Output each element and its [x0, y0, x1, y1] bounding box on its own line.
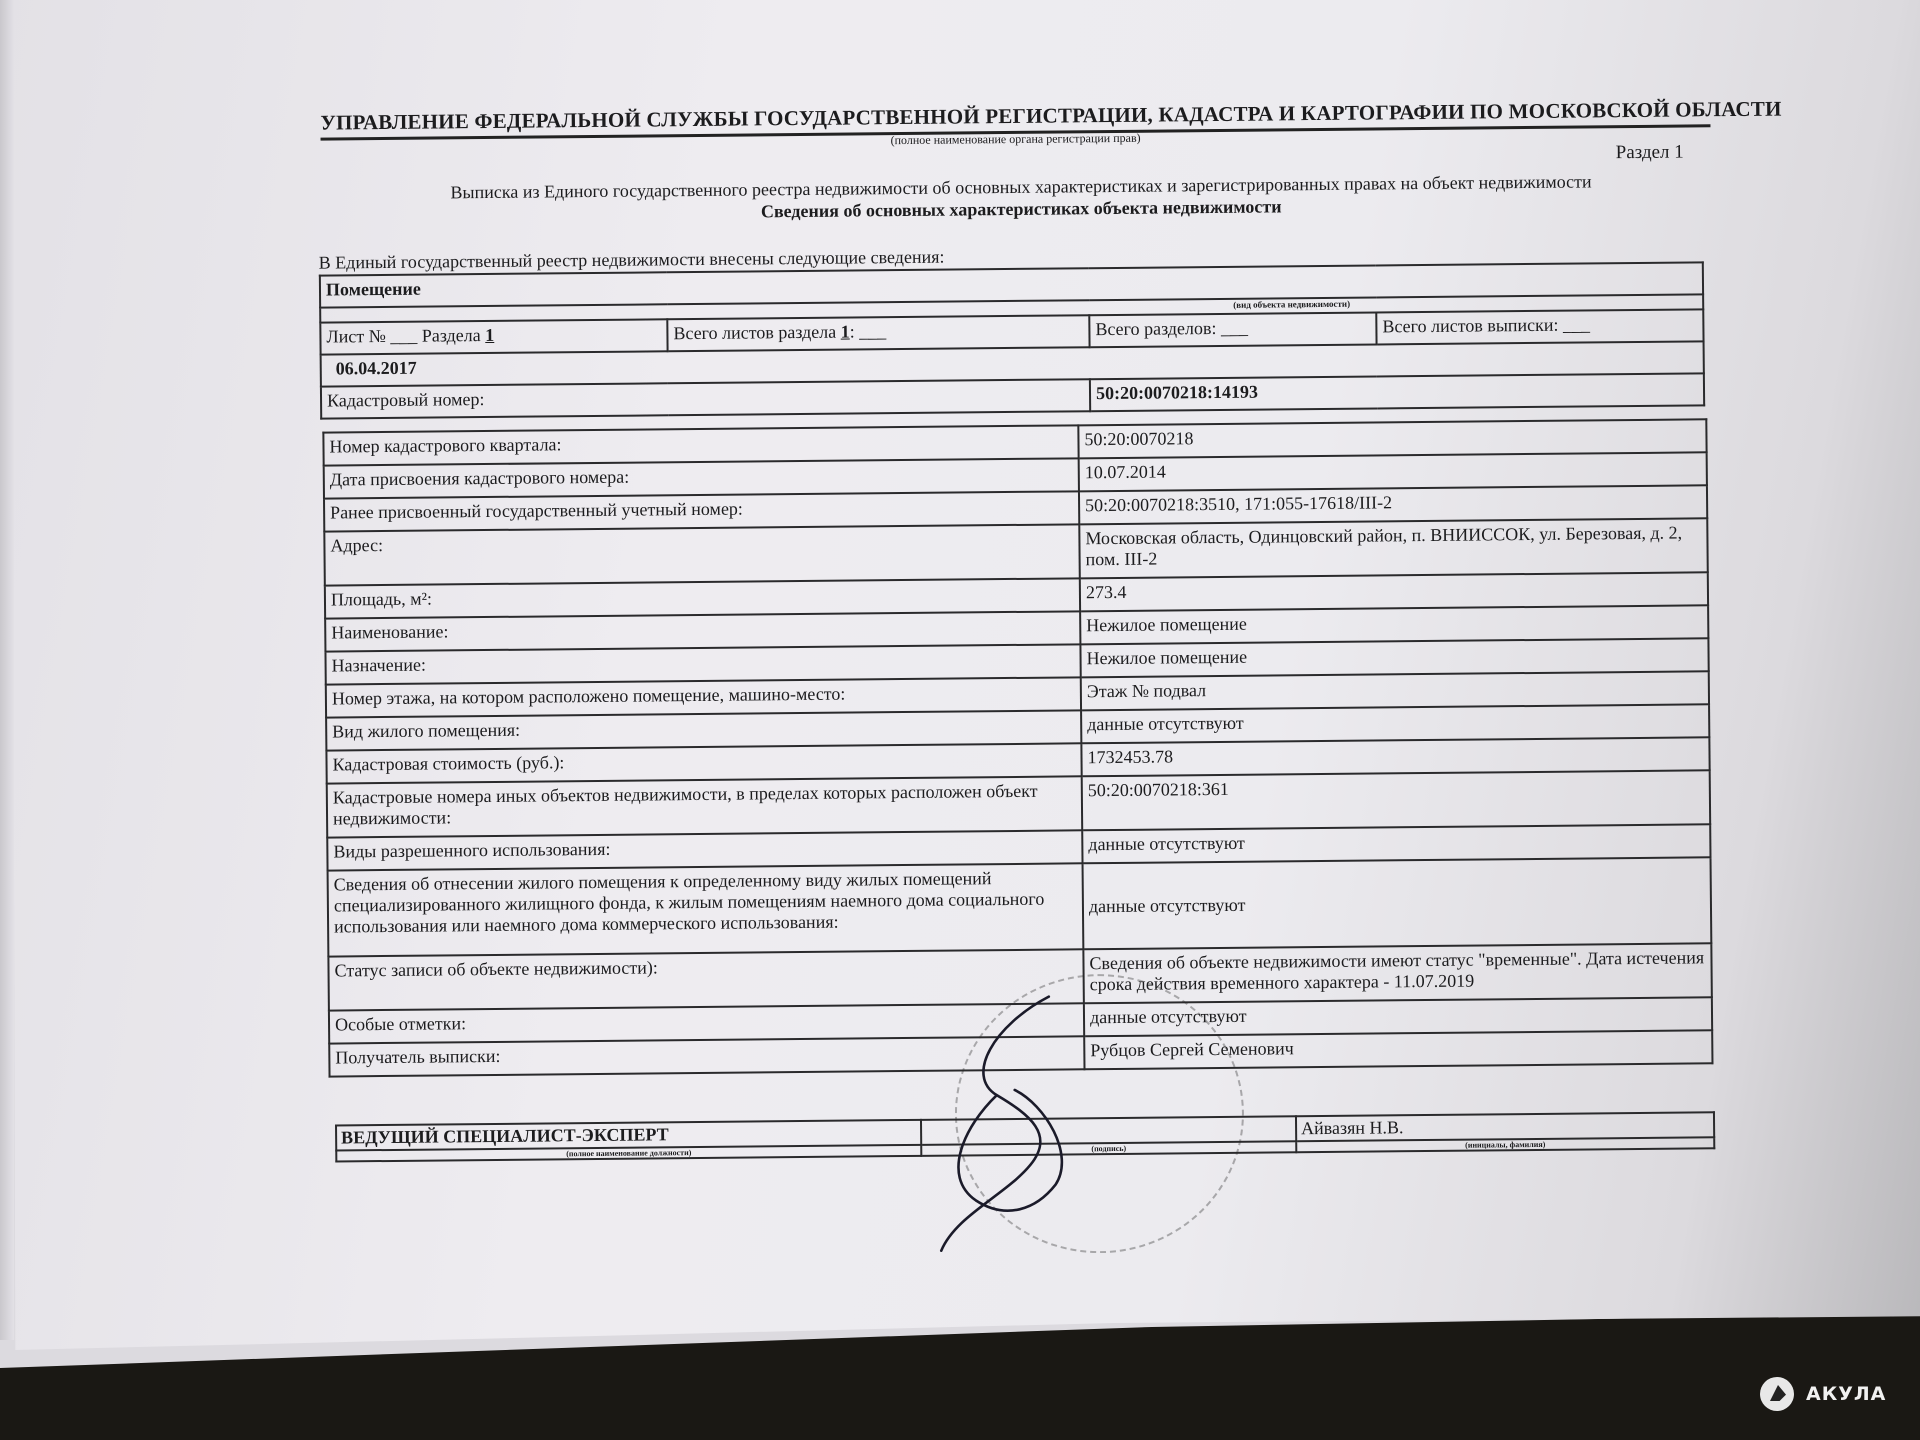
- cadastral-label: Кадастровый номер:: [321, 379, 1090, 418]
- total-extract-sheets: Всего листов выписки: ___: [1376, 309, 1703, 344]
- cadastral-number: 50:20:0070218:14193: [1090, 373, 1704, 411]
- sheet-number: Лист № ___ Раздела 1: [320, 319, 667, 354]
- total-sections: Всего разделов: ___: [1089, 312, 1376, 347]
- section-label: Раздел 1: [1616, 142, 1684, 165]
- handwritten-signature-icon: [934, 984, 1137, 1256]
- document-content: УПРАВЛЕНИЕ ФЕДЕРАЛЬНОЙ СЛУЖБЫ ГОСУДАРСТВ…: [0, 0, 1920, 1310]
- shark-logo-icon: [1760, 1377, 1794, 1411]
- table-row: Сведения об отнесении жилого помещения к…: [328, 857, 1712, 956]
- summary-table: Помещение (вид объекта недвижимости) Лис…: [319, 261, 1705, 419]
- total-sheets-section: Всего листов раздела 1: ___: [667, 315, 1089, 351]
- characteristics-table: Номер кадастрового квартала:50:20:007021…: [322, 418, 1713, 1077]
- watermark-text: АКУЛА: [1806, 1383, 1886, 1405]
- watermark: АКУЛА: [1760, 1377, 1886, 1411]
